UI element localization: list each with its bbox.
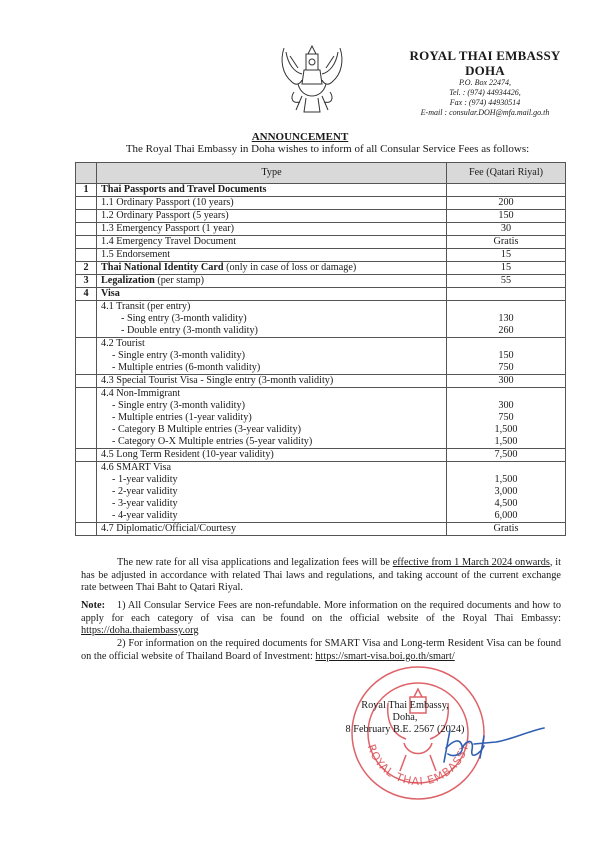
table-row: 1.3 Emergency Passport (1 year)30 bbox=[76, 223, 566, 236]
table-row: 1.5 Endorsement15 bbox=[76, 249, 566, 262]
row-type: 1.4 Emergency Travel Document bbox=[97, 236, 447, 249]
row-number bbox=[76, 449, 97, 462]
table-row: 1.2 Ordinary Passport (5 years)150 bbox=[76, 210, 566, 223]
row-fee: 55 bbox=[447, 275, 566, 288]
row-number bbox=[76, 197, 97, 210]
row-fee bbox=[447, 184, 566, 197]
table-row: 4.6 SMART Visa- 1-year validity- 2-year … bbox=[76, 462, 566, 523]
row-number bbox=[76, 249, 97, 262]
visa-fee: 130 bbox=[451, 313, 561, 325]
fax: Fax : (974) 44930514 bbox=[400, 98, 570, 108]
letterhead: ROYAL THAI EMBASSY DOHA P.O. Box 22474, … bbox=[400, 48, 570, 118]
visa-group: 4.7 Diplomatic/Official/Courtesy bbox=[97, 523, 447, 536]
row-type: 1.3 Emergency Passport (1 year) bbox=[97, 223, 447, 236]
visa-subitem: - 3-year validity bbox=[101, 498, 442, 510]
visa-group-fees: Gratis bbox=[447, 523, 566, 536]
visa-subitem: - Single entry (3-month validity) bbox=[101, 350, 442, 362]
row-number bbox=[76, 462, 97, 523]
table-row: 1Thai Passports and Travel Documents bbox=[76, 184, 566, 197]
handwritten-signature bbox=[440, 718, 550, 768]
visa-subitem: - Single entry (3-month validity) bbox=[101, 400, 442, 412]
row-type: Visa bbox=[97, 288, 447, 301]
visa-group: 4.6 SMART Visa- 1-year validity- 2-year … bbox=[97, 462, 447, 523]
visa-fee: 4,500 bbox=[451, 498, 561, 510]
telephone: Tel. : (974) 44934426, bbox=[400, 88, 570, 98]
table-row: 4Visa bbox=[76, 288, 566, 301]
table-row: 4.4 Non-Immigrant- Single entry (3-month… bbox=[76, 388, 566, 449]
visa-group: 4.3 Special Tourist Visa - Single entry … bbox=[97, 375, 447, 388]
row-number bbox=[76, 236, 97, 249]
embassy-website-link[interactable]: https://doha.thaiembassy.org bbox=[81, 625, 199, 636]
garuda-emblem-icon bbox=[274, 40, 350, 116]
row-number bbox=[76, 523, 97, 536]
visa-group-fees: 130260 bbox=[447, 301, 566, 338]
po-box: P.O. Box 22474, bbox=[400, 78, 570, 88]
row-type: Thai National Identity Card (only in cas… bbox=[97, 262, 447, 275]
visa-group: 4.4 Non-Immigrant- Single entry (3-month… bbox=[97, 388, 447, 449]
visa-group: 4.1 Transit (per entry)- Sing entry (3-m… bbox=[97, 301, 447, 338]
section-note: (only in case of loss or damage) bbox=[224, 262, 357, 273]
visa-group-title: 4.2 Tourist bbox=[101, 338, 442, 350]
row-number: 3 bbox=[76, 275, 97, 288]
visa-group-fees: 150750 bbox=[447, 338, 566, 375]
visa-group: 4.5 Long Term Resident (10-year validity… bbox=[97, 449, 447, 462]
visa-subitem: - Category O-X Multiple entries (5-year … bbox=[101, 436, 442, 448]
visa-group-fees: 1,5003,0004,5006,000 bbox=[447, 462, 566, 523]
table-row: 4.7 Diplomatic/Official/CourtesyGratis bbox=[76, 523, 566, 536]
visa-subitem: - Double entry (3-month validity) bbox=[101, 325, 442, 337]
table-row: 2Thai National Identity Card (only in ca… bbox=[76, 262, 566, 275]
visa-group-title: 4.4 Non-Immigrant bbox=[101, 388, 442, 400]
section-note: (per stamp) bbox=[155, 275, 204, 286]
visa-subitem: - Sing entry (3-month validity) bbox=[101, 313, 442, 325]
visa-fee: 750 bbox=[451, 362, 561, 374]
row-type: Legalization (per stamp) bbox=[97, 275, 447, 288]
row-fee: 200 bbox=[447, 197, 566, 210]
row-number bbox=[76, 210, 97, 223]
row-type: 1.1 Ordinary Passport (10 years) bbox=[97, 197, 447, 210]
visa-fee: 1,500 bbox=[451, 436, 561, 448]
visa-group-fees: 300 bbox=[447, 375, 566, 388]
fee-table: Type Fee (Qatari Riyal) 1Thai Passports … bbox=[75, 162, 566, 536]
visa-group-title: 4.6 SMART Visa bbox=[101, 462, 442, 474]
announcement-heading: ANNOUNCEMENT bbox=[0, 131, 600, 143]
visa-subitem: - 4-year validity bbox=[101, 510, 442, 522]
header-num bbox=[76, 163, 97, 184]
visa-group-title: 4.3 Special Tourist Visa - Single entry … bbox=[101, 375, 442, 387]
section-title: Visa bbox=[101, 288, 120, 299]
visa-fee: 7,500 bbox=[451, 449, 561, 461]
embassy-name: ROYAL THAI EMBASSY bbox=[400, 48, 570, 63]
visa-subitem: - 1-year validity bbox=[101, 474, 442, 486]
row-type: Thai Passports and Travel Documents bbox=[97, 184, 447, 197]
row-type: 1.2 Ordinary Passport (5 years) bbox=[97, 210, 447, 223]
row-number: 4 bbox=[76, 288, 97, 301]
row-number bbox=[76, 375, 97, 388]
row-fee bbox=[447, 288, 566, 301]
row-number bbox=[76, 301, 97, 338]
visa-fee: 3,000 bbox=[451, 486, 561, 498]
visa-group: 4.2 Tourist- Single entry (3-month valid… bbox=[97, 338, 447, 375]
header-fee: Fee (Qatari Riyal) bbox=[447, 163, 566, 184]
row-fee: Gratis bbox=[447, 236, 566, 249]
header-type: Type bbox=[97, 163, 447, 184]
note-2: 2) For information on the required docum… bbox=[81, 638, 561, 663]
visa-subitem: - 2-year validity bbox=[101, 486, 442, 498]
row-type: 1.5 Endorsement bbox=[97, 249, 447, 262]
visa-fee: 6,000 bbox=[451, 510, 561, 522]
row-fee: 15 bbox=[447, 262, 566, 275]
row-number: 1 bbox=[76, 184, 97, 197]
row-fee: 15 bbox=[447, 249, 566, 262]
email: E-mail : consular.DOH@mfa.mail.go.th bbox=[400, 108, 570, 118]
row-number bbox=[76, 338, 97, 375]
table-row: 4.1 Transit (per entry)- Sing entry (3-m… bbox=[76, 301, 566, 338]
table-row: 4.3 Special Tourist Visa - Single entry … bbox=[76, 375, 566, 388]
effective-paragraph: The new rate for all visa applications a… bbox=[81, 557, 561, 595]
table-row: 3Legalization (per stamp)55 bbox=[76, 275, 566, 288]
visa-fee: 300 bbox=[451, 400, 561, 412]
table-header-row: Type Fee (Qatari Riyal) bbox=[76, 163, 566, 184]
visa-fee: 260 bbox=[451, 325, 561, 337]
announcement-intro: The Royal Thai Embassy in Doha wishes to… bbox=[0, 143, 600, 155]
visa-fee: 300 bbox=[451, 375, 561, 387]
boi-website-link[interactable]: https://smart-visa.boi.go.th/smart/ bbox=[315, 651, 454, 662]
visa-group-title: 4.7 Diplomatic/Official/Courtesy bbox=[101, 523, 442, 535]
visa-fee: 1,500 bbox=[451, 474, 561, 486]
row-fee: 150 bbox=[447, 210, 566, 223]
visa-group-title: 4.1 Transit (per entry) bbox=[101, 301, 442, 313]
visa-subitem: - Multiple entries (1-year validity) bbox=[101, 412, 442, 424]
note-1: Note: 1) All Consular Service Fees are n… bbox=[81, 600, 561, 638]
table-row: 1.4 Emergency Travel DocumentGratis bbox=[76, 236, 566, 249]
embassy-city: DOHA bbox=[400, 63, 570, 78]
visa-subitem: - Category B Multiple entries (3-year va… bbox=[101, 424, 442, 436]
visa-fee: 750 bbox=[451, 412, 561, 424]
visa-fee: 1,500 bbox=[451, 424, 561, 436]
visa-subitem: - Multiple entries (6-month validity) bbox=[101, 362, 442, 374]
section-title: Thai National Identity Card bbox=[101, 262, 224, 273]
section-title: Thai Passports and Travel Documents bbox=[101, 184, 266, 195]
row-number bbox=[76, 223, 97, 236]
visa-fee: Gratis bbox=[451, 523, 561, 535]
visa-group-fees: 7,500 bbox=[447, 449, 566, 462]
note-label: Note: bbox=[81, 600, 105, 611]
table-row: 4.2 Tourist- Single entry (3-month valid… bbox=[76, 338, 566, 375]
table-row: 4.5 Long Term Resident (10-year validity… bbox=[76, 449, 566, 462]
signature-line-1: Royal Thai Embassy, bbox=[330, 700, 480, 712]
visa-fee: 150 bbox=[451, 350, 561, 362]
row-number bbox=[76, 388, 97, 449]
section-title: Legalization bbox=[101, 275, 155, 286]
effective-date: effective from 1 March 2024 onwards bbox=[393, 557, 550, 568]
visa-group-title: 4.5 Long Term Resident (10-year validity… bbox=[101, 449, 442, 461]
table-row: 1.1 Ordinary Passport (10 years)200 bbox=[76, 197, 566, 210]
visa-group-fees: 3007501,5001,500 bbox=[447, 388, 566, 449]
row-fee: 30 bbox=[447, 223, 566, 236]
row-number: 2 bbox=[76, 262, 97, 275]
